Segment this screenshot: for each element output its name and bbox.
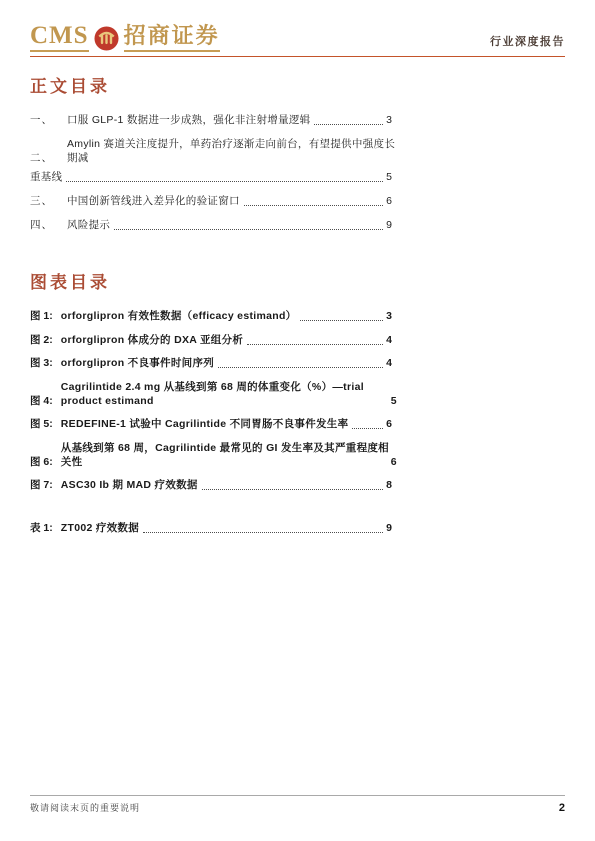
dot-leader — [247, 344, 383, 345]
toc-entry-1[interactable]: 一、 口服 GLP-1 数据进一步成熟，强化非注射增量逻辑 3 — [30, 113, 392, 127]
figure-page: 6 — [391, 455, 397, 469]
toc-entry-text: 口服 GLP-1 数据进一步成熟，强化非注射增量逻辑 — [67, 113, 310, 127]
toc-entry-number: 二、 — [30, 151, 53, 165]
cms-logo-text: CMS — [30, 23, 89, 52]
toc-entry-number: 一、 — [30, 113, 53, 127]
dot-leader — [143, 532, 383, 533]
figure-label: 图 1: — [30, 309, 53, 323]
toc-entry-3[interactable]: 三、 中国创新管线进入差异化的验证窗口 6 — [30, 194, 392, 208]
toc-entry-page: 5 — [386, 170, 392, 184]
toc-entry-page: 9 — [386, 218, 392, 232]
toc-entry-2[interactable]: 二、 Amylin 赛道关注度提升，单药治疗逐渐走向前台，有望提供中强度长期减 — [30, 137, 392, 165]
table-entry-1[interactable]: 表 1: ZT002 疗效数据 9 — [30, 521, 392, 535]
figure-toc-title: 图表目录 — [30, 268, 565, 293]
table-page: 9 — [386, 521, 392, 535]
toc-entry-number: 三、 — [30, 194, 53, 208]
cms-logo: CMS 招商证券 — [30, 23, 220, 52]
toc-entry-text: Amylin 赛道关注度提升，单药治疗逐渐走向前台，有望提供中强度长期减 — [67, 137, 397, 165]
figure-page: 6 — [386, 417, 392, 431]
table-text: ZT002 疗效数据 — [61, 521, 139, 535]
figure-label: 图 7: — [30, 478, 53, 492]
toc-entry-4[interactable]: 四、 风险提示 9 — [30, 218, 392, 232]
figure-entry-3[interactable]: 图 3: orforglipron 不良事件时间序列 4 — [30, 356, 392, 370]
dot-leader — [114, 229, 383, 230]
figure-label: 图 6: — [30, 455, 53, 469]
figure-page: 5 — [391, 394, 397, 408]
figure-page: 4 — [386, 333, 392, 347]
page-header: CMS 招商证券 行业深度报告 — [30, 18, 565, 52]
figure-entry-2[interactable]: 图 2: orforglipron 体成分的 DXA 亚组分析 4 — [30, 333, 392, 347]
table-label: 表 1: — [30, 521, 53, 535]
footer-page-number: 2 — [559, 802, 565, 814]
figure-label: 图 3: — [30, 356, 53, 370]
dot-leader — [66, 181, 383, 182]
header-divider — [30, 56, 565, 57]
figure-text: orforglipron 不良事件时间序列 — [61, 356, 214, 370]
figure-text: orforglipron 有效性数据（efficacy estimand） — [61, 309, 297, 323]
report-type-label: 行业深度报告 — [490, 33, 565, 52]
main-toc-title: 正文目录 — [30, 72, 565, 97]
toc-entry-text-continued: 重基线 — [30, 170, 62, 184]
toc-entry-text: 风险提示 — [67, 218, 110, 232]
figure-page: 3 — [386, 309, 392, 323]
figure-entry-1[interactable]: 图 1: orforglipron 有效性数据（efficacy estiman… — [30, 309, 392, 323]
dot-leader — [218, 367, 383, 368]
figure-text: 从基线到第 68 周，Cagrilintide 最常见的 GI 发生率及其严重程… — [61, 441, 391, 469]
figure-label: 图 2: — [30, 333, 53, 347]
figure-entry-5[interactable]: 图 5: REDEFINE-1 试验中 Cagrilintide 不同胃肠不良事… — [30, 417, 392, 431]
figure-label: 图 5: — [30, 417, 53, 431]
toc-entry-2-continued[interactable]: 重基线 5 — [30, 170, 392, 184]
main-toc: 一、 口服 GLP-1 数据进一步成熟，强化非注射增量逻辑 3 二、 Amyli… — [30, 113, 392, 232]
figure-page: 4 — [386, 356, 392, 370]
figure-text: ASC30 Ib 期 MAD 疗效数据 — [61, 478, 198, 492]
footer-divider — [30, 795, 565, 796]
figure-text: REDEFINE-1 试验中 Cagrilintide 不同胃肠不良事件发生率 — [61, 417, 349, 431]
figure-text: orforglipron 体成分的 DXA 亚组分析 — [61, 333, 243, 347]
figure-label: 图 4: — [30, 394, 53, 408]
figure-entry-6[interactable]: 图 6: 从基线到第 68 周，Cagrilintide 最常见的 GI 发生率… — [30, 441, 392, 469]
document-page: CMS 招商证券 行业深度报告 正文目录 一、 口服 GLP-1 数据进一步成熟… — [0, 0, 595, 841]
figure-page: 8 — [386, 478, 392, 492]
figure-entry-4[interactable]: 图 4: Cagrilintide 2.4 mg 从基线到第 68 周的体重变化… — [30, 380, 392, 408]
dot-leader — [244, 205, 383, 206]
dot-leader — [314, 124, 383, 125]
dot-leader — [202, 489, 383, 490]
cms-badge-icon — [94, 26, 119, 51]
footer-disclaimer: 敬请阅读末页的重要说明 — [30, 801, 140, 814]
dot-leader — [352, 428, 383, 429]
cms-logo-chinese: 招商证券 — [124, 24, 220, 52]
toc-entry-page: 3 — [386, 113, 392, 127]
page-footer: 敬请阅读末页的重要说明 2 — [30, 795, 565, 814]
toc-entry-page: 6 — [386, 194, 392, 208]
toc-entry-text: 中国创新管线进入差异化的验证窗口 — [67, 194, 240, 208]
dot-leader — [300, 320, 383, 321]
figure-entry-7[interactable]: 图 7: ASC30 Ib 期 MAD 疗效数据 8 — [30, 478, 392, 492]
toc-entry-number: 四、 — [30, 218, 53, 232]
figure-text: Cagrilintide 2.4 mg 从基线到第 68 周的体重变化（%）—t… — [61, 380, 391, 408]
figure-toc: 图 1: orforglipron 有效性数据（efficacy estiman… — [30, 309, 392, 535]
